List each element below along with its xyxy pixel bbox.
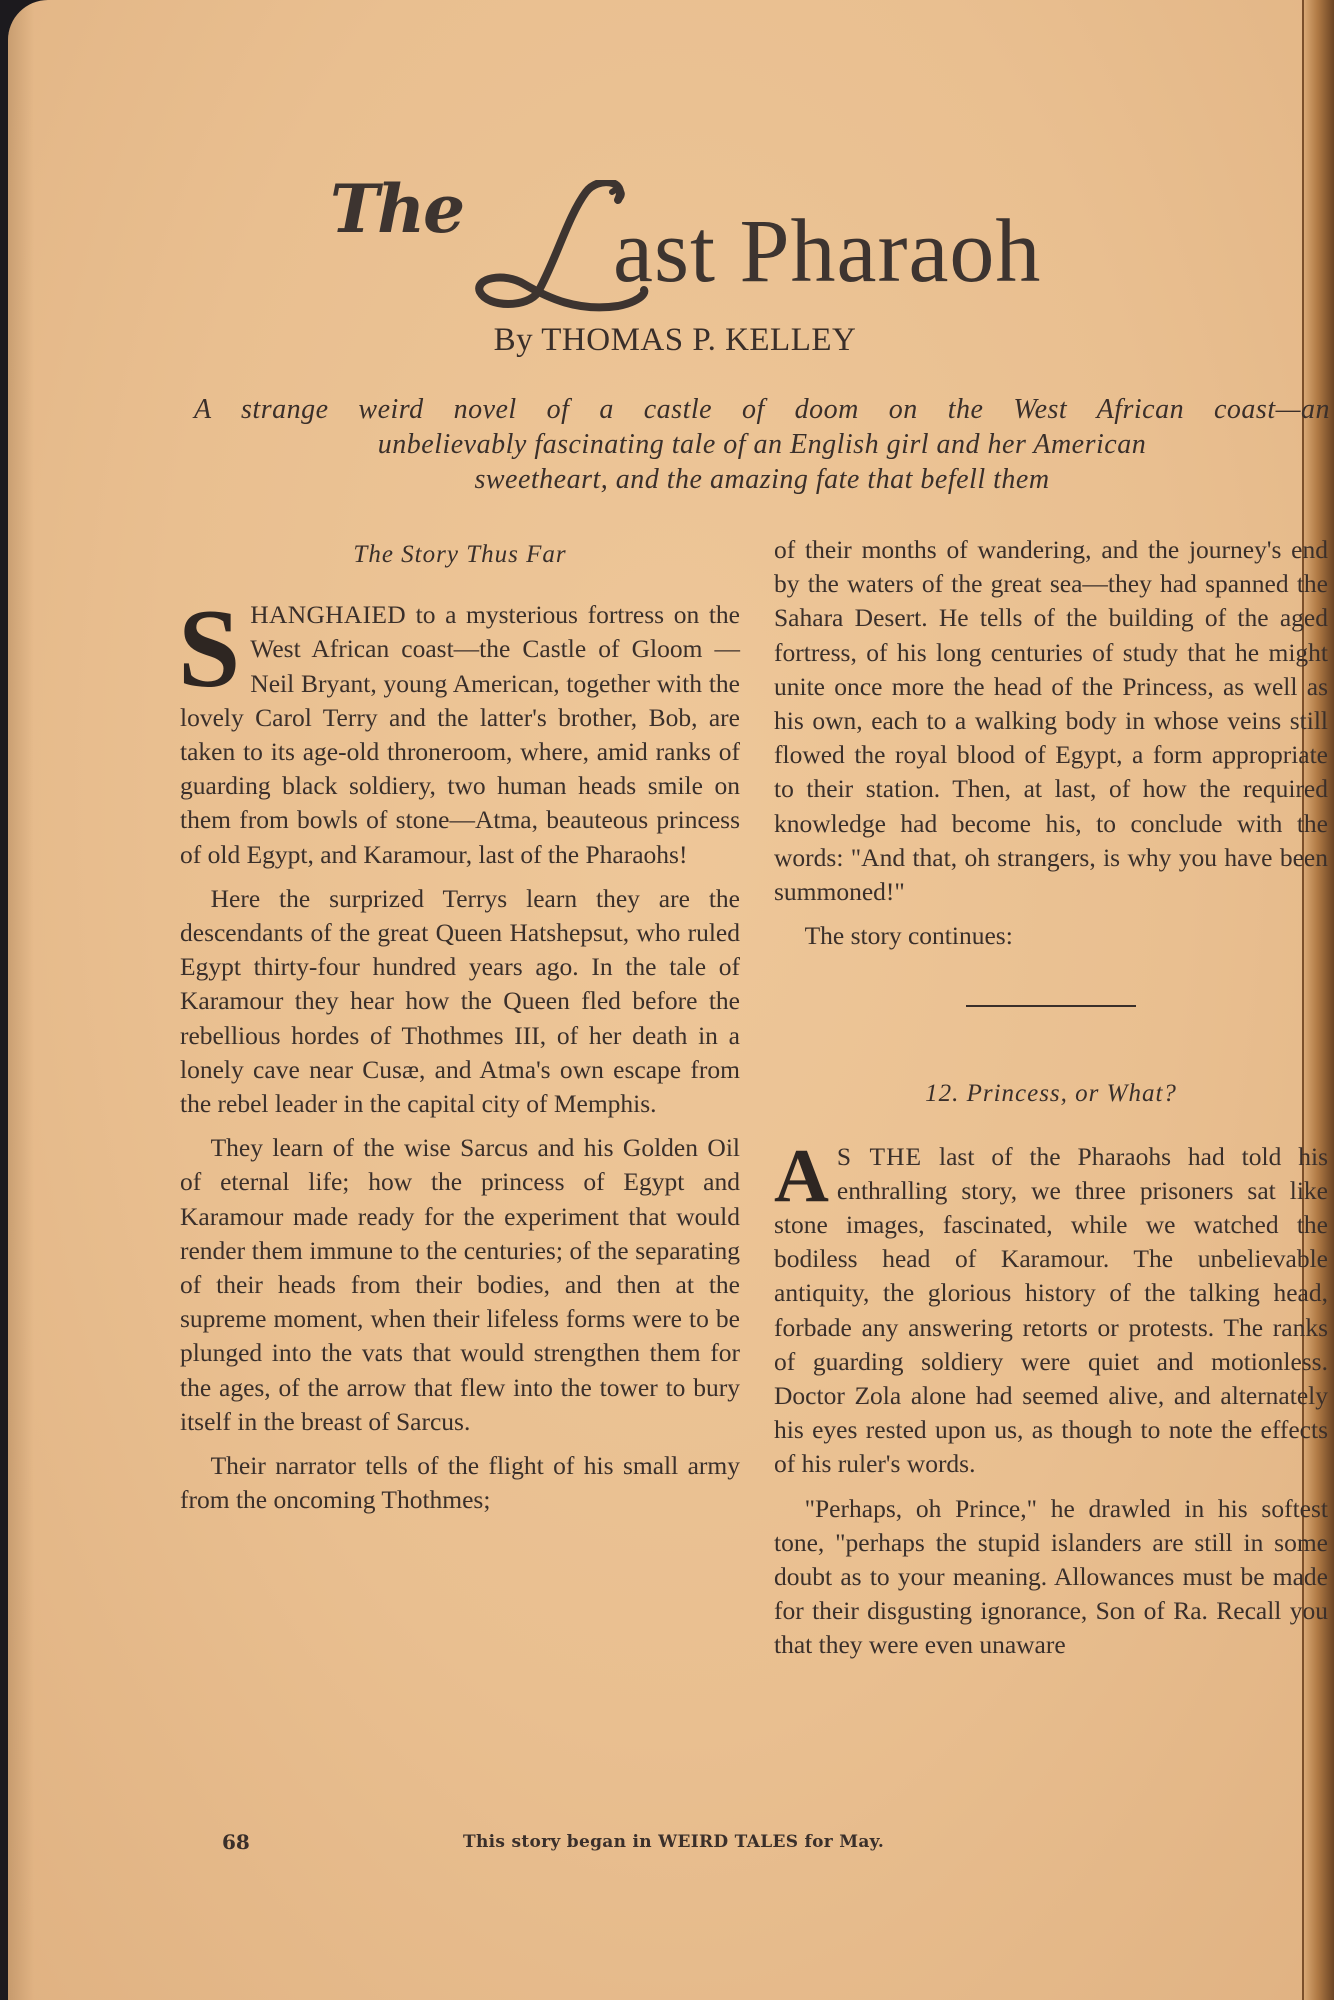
- title-rest: ast Pharaoh: [613, 200, 1041, 303]
- dropcap-S: S: [178, 606, 240, 698]
- title-the: The: [330, 170, 463, 248]
- magazine-page: The ast Pharaoh By THOMAS P. KELLEY A st…: [8, 0, 1334, 2000]
- chapter-paragraph: "Perhaps, oh Prince," he drawled in his …: [774, 1492, 1328, 1663]
- blurb-line-2: unbelievably fascinating tale of an Engl…: [194, 427, 1330, 462]
- lead-caps: HANGHAIED: [250, 600, 406, 629]
- synopsis-paragraph: They learn of the wise Sarcus and his Go…: [180, 1131, 740, 1439]
- chapter-paragraph: AS THE last of the Pharaohs had told his…: [774, 1140, 1328, 1482]
- byline: By THOMAS P. KELLEY: [8, 322, 1334, 359]
- blurb-line-3: sweetheart, and the amazing fate that be…: [194, 462, 1330, 497]
- story-title: The ast Pharaoh: [8, 170, 1334, 320]
- story-blurb: A strange weird novel of a castle of doo…: [194, 392, 1330, 497]
- lead-caps: S THE: [837, 1142, 922, 1171]
- synopsis-heading: The Story Thus Far: [180, 538, 740, 572]
- section-divider: [966, 1005, 1136, 1007]
- synopsis-paragraph: Here the surprized Terrys learn they are…: [180, 882, 740, 1121]
- synopsis-paragraph: SHANGHAIED to a mysterious fortress on t…: [180, 598, 740, 872]
- blurb-line-1: A strange weird novel of a castle of doo…: [194, 392, 1330, 427]
- dropcap-A: A: [774, 1146, 829, 1208]
- page-footer: 68 This story began in WEIRD TALES for M…: [8, 1830, 1334, 1860]
- footer-note: This story began in WEIRD TALES for May.: [463, 1832, 884, 1852]
- synopsis-paragraph: of their months of wandering, and the jo…: [774, 533, 1328, 909]
- synopsis-paragraph: Their narrator tells of the flight of hi…: [180, 1449, 740, 1517]
- paragraph-text: last of the Pharaohs had told his enthra…: [774, 1142, 1328, 1479]
- left-column: The Story Thus Far SHANGHAIED to a myste…: [180, 530, 740, 1517]
- chapter-heading: 12. Princess, or What?: [774, 1077, 1328, 1111]
- story-continues-text: The story continues:: [774, 919, 1328, 953]
- paragraph-text: to a mysterious fortress on the West Afr…: [180, 600, 740, 868]
- page-number: 68: [222, 1830, 250, 1854]
- right-column: of their months of wandering, and the jo…: [774, 533, 1328, 1663]
